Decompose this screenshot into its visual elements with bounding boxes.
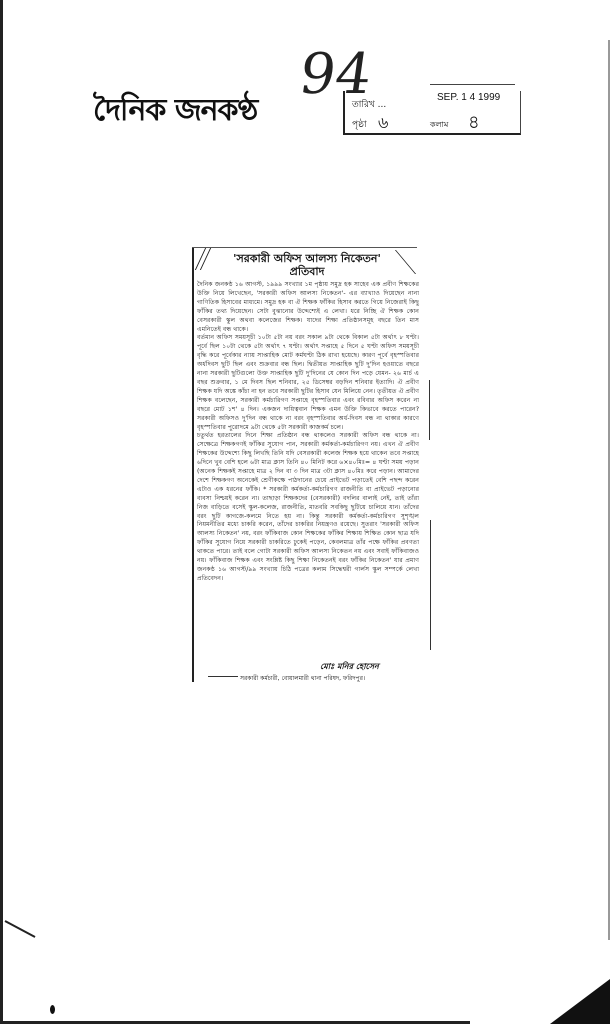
- affiliation-dash: [208, 676, 238, 677]
- article-paragraph: চতুর্থত হরতালের দিনে শিক্ষা প্রতিষ্ঠান ব…: [197, 432, 419, 583]
- headline-title: 'সরকারী অফিস আলস্য নিকেতন': [212, 252, 402, 265]
- author-affiliation: সরকারী কর্মচারী, বোয়ালমারী থানা পরিষদ, …: [240, 673, 365, 684]
- stamp-page-value: ৬: [378, 110, 388, 137]
- article-headline: 'সরকারী অফিস আলস্য নিকেতন' প্রতিবাদ: [212, 252, 402, 278]
- stamp-page-label: পৃষ্ঠা: [352, 117, 367, 132]
- clipping-top-edge: [192, 247, 417, 248]
- stamp-top-line: [430, 84, 515, 85]
- scan-edge-left: [0, 0, 3, 1024]
- article-body: দৈনিক জনকণ্ঠ ১৬ আগস্ট, ১৯৯৯ সংখ্যার ১ম প…: [197, 281, 419, 584]
- page-corner-fold: [550, 979, 610, 1024]
- scan-artifact-streak: [5, 920, 36, 938]
- article-paragraph: বর্তমান অফিস সময়সূচী ১০টা ৫টা নয় বরং স…: [197, 334, 419, 432]
- margin-mark: [424, 520, 431, 650]
- article-paragraph: দৈনিক জনকণ্ঠ ১৬ আগস্ট, ১৯৯৯ সংখ্যার ১ম প…: [197, 281, 419, 334]
- stamp-column-value: ৪: [468, 108, 480, 139]
- headline-subtitle: প্রতিবাদ: [212, 265, 402, 278]
- stamp-column-label: কলাম: [430, 119, 448, 132]
- scan-artifact-blot: [50, 1005, 55, 1014]
- stamp-date-value: SEP. 1 4 1999: [437, 92, 500, 103]
- newspaper-masthead: দৈনিক জনকণ্ঠ: [93, 86, 257, 137]
- margin-mark: [423, 380, 430, 440]
